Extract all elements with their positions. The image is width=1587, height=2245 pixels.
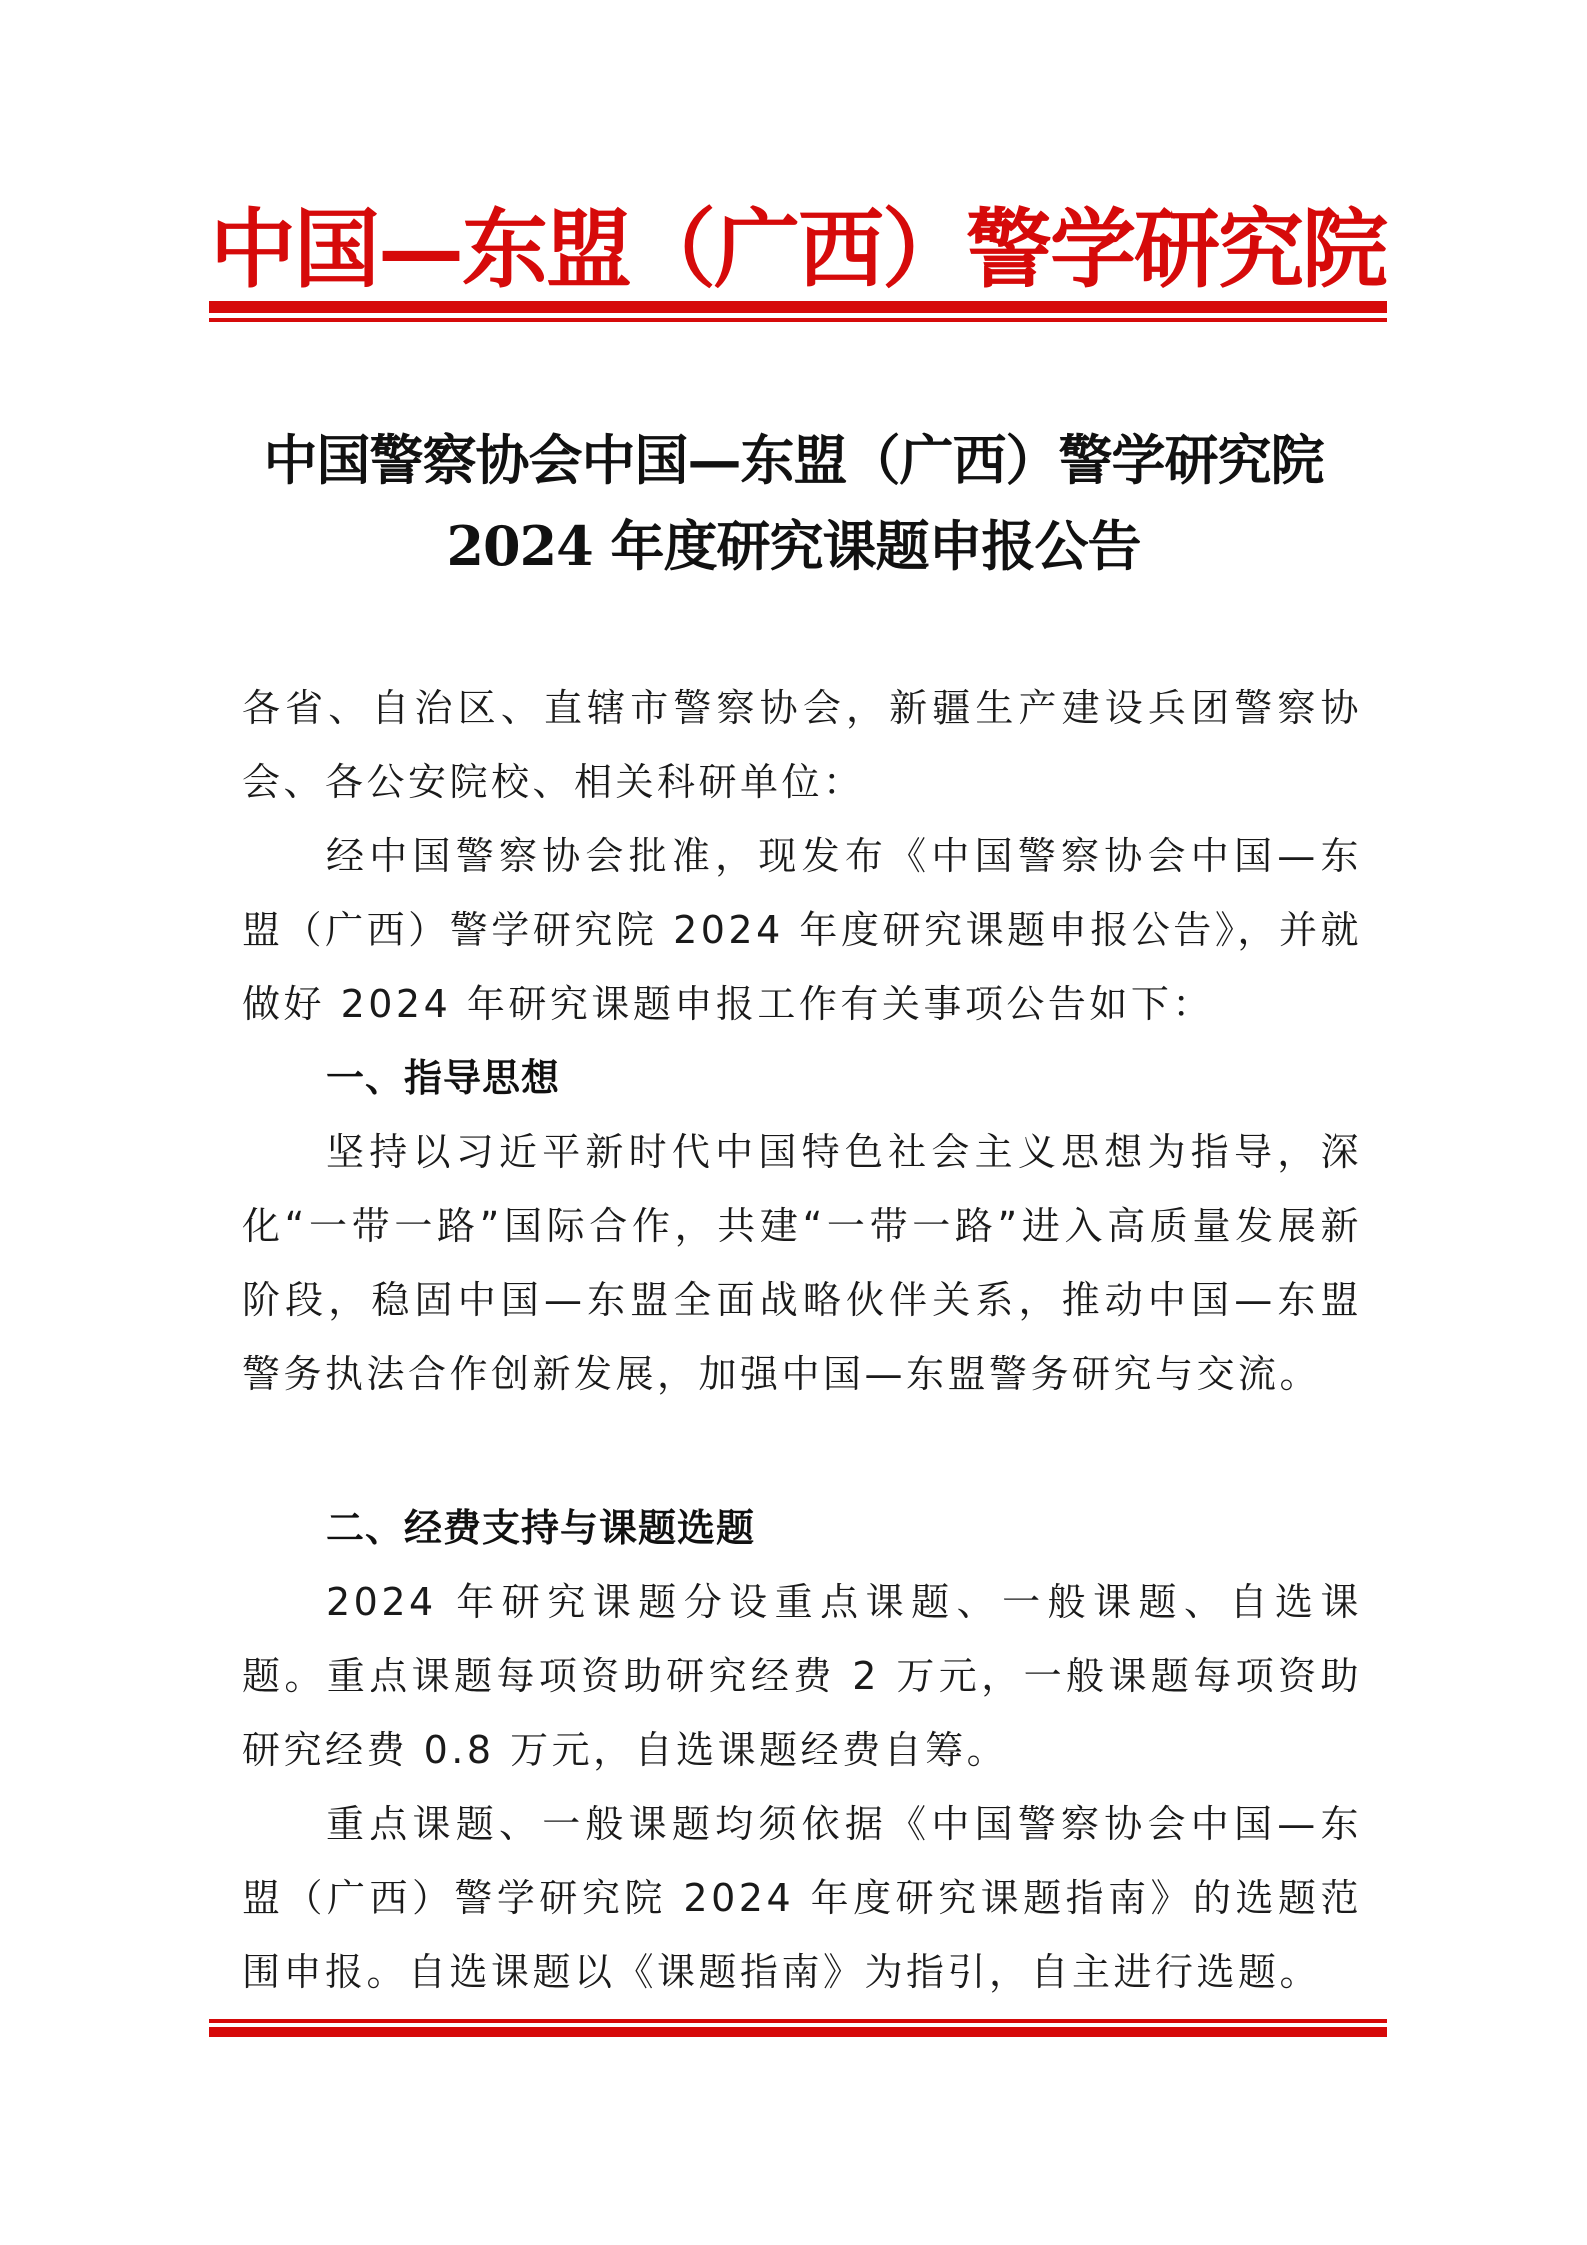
salutation: 各省、自治区、直辖市警察协会，新疆生产建设兵团警察协会、各公安院校、相关科研单位… (242, 671, 1362, 819)
intro-paragraph: 经中国警察协会批准，现发布《中国警察协会中国—东盟（广西）警学研究院 2024 … (242, 819, 1362, 1041)
masthead-rule-thin (209, 318, 1387, 322)
section-2-heading: 二、经费支持与课题选题 (326, 1491, 755, 1565)
section-1-paragraph: 坚持以习近平新时代中国特色社会主义思想为指导，深化“一带一路”国际合作，共建“一… (242, 1115, 1362, 1411)
section-2-paragraph-2: 重点课题、一般课题均须依据《中国警察协会中国—东盟（广西）警学研究院 2024 … (242, 1787, 1362, 2009)
section-1-heading: 一、指导思想 (326, 1041, 560, 1115)
section-2-paragraph-1: 2024 年研究课题分设重点课题、一般课题、自选课题。重点课题每项资助研究经费 … (242, 1565, 1362, 1787)
document-page: 中国—东盟（广西）警学研究院 中国警察协会中国—东盟（广西）警学研究院 2024… (0, 0, 1587, 2245)
document-title-line-1: 中国警察协会中国—东盟（广西）警学研究院 (200, 424, 1387, 496)
footer-rule-thin (209, 2019, 1387, 2023)
document-title-line-2: 2024 年度研究课题申报公告 (200, 510, 1387, 582)
masthead-org-name: 中国—东盟（广西）警学研究院 (209, 200, 1387, 300)
masthead-rule-thick (209, 301, 1387, 313)
footer-rule-thick (209, 2027, 1387, 2037)
